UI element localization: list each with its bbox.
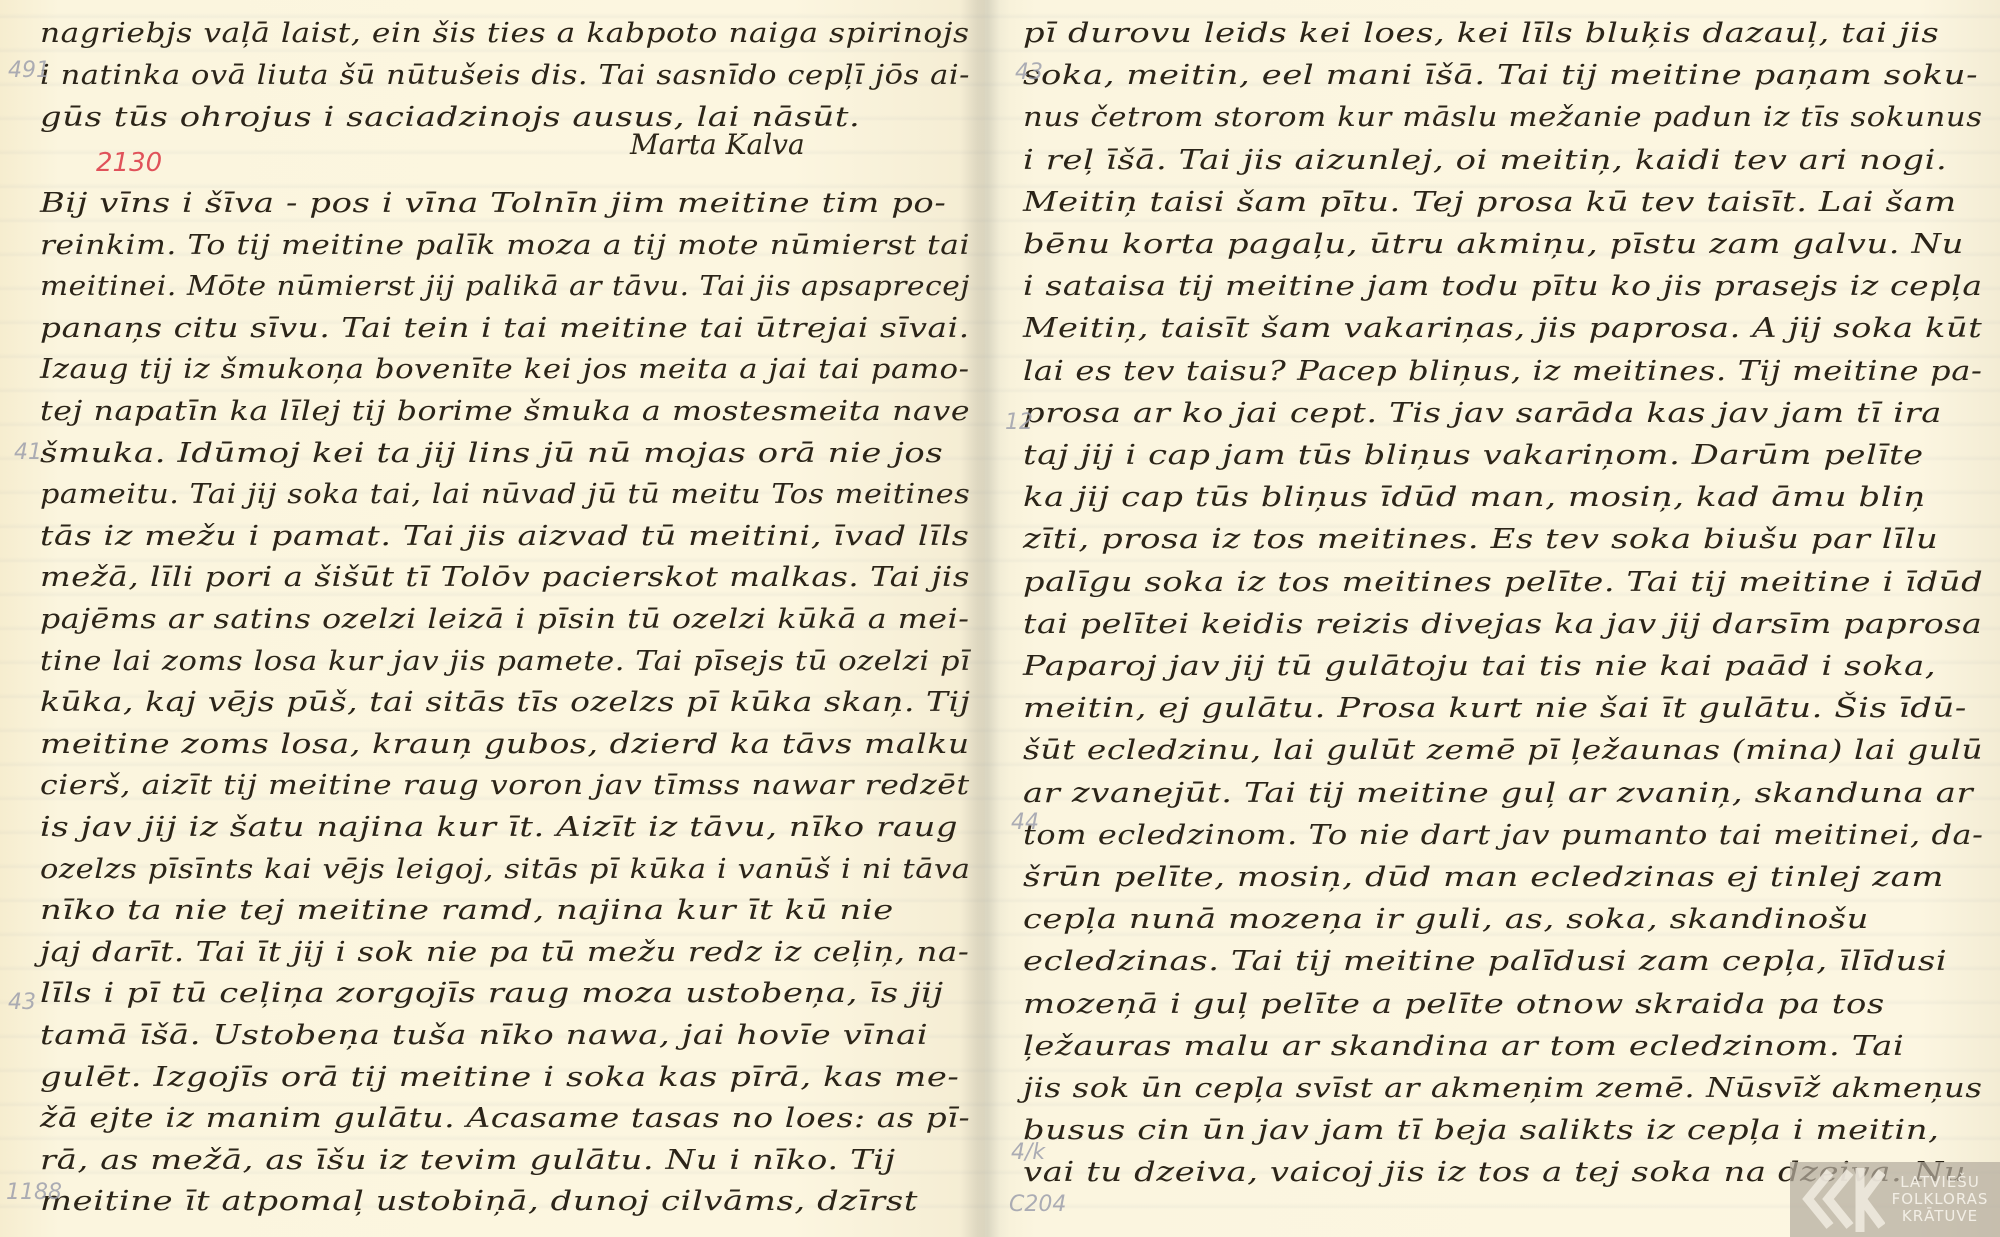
handwritten-line: ozelzs pīsīnts kai vējs leigoj, sitās pī… (40, 854, 971, 885)
handwritten-line: pī durovu leids kei loes, kei līls bluķi… (1023, 18, 1939, 49)
handwritten-line: šūt ecledzinu, lai gulūt zemē pī ļežauna… (1023, 735, 1983, 766)
lfk-logo-icon (1790, 1162, 1885, 1237)
archive-watermark: LATVIEŠU FOLKLORAS KRĀTUVE (1790, 1162, 2000, 1237)
handwritten-line: šrūn pelīte, mosiņ, dūd man ecledzinas e… (1023, 862, 1944, 893)
handwritten-line: pajēms ar satins ozelzi leizā i pīsin tū… (40, 604, 970, 635)
handwritten-line: tine lai zoms losa kur jav jis pamete. T… (40, 646, 970, 677)
handwritten-line: žā ejte iz manim gulātu. Acasame tasas n… (40, 1103, 970, 1134)
handwritten-line: i natinka ovā liuta šū nūtušeis dis. Tai… (40, 60, 970, 91)
handwritten-line: mežā, līli pori a šišūt tī Tolōv paciers… (40, 562, 970, 593)
handwritten-line: taj jij i cap jam tūs bliņus vakariņom. … (1023, 440, 1924, 471)
handwritten-line: kūka, kaj vējs pūš, tai sitās tīs ozelzs… (40, 687, 971, 718)
watermark-line: KRĀTUVE (1885, 1208, 1995, 1225)
right-page: pī durovu leids kei loes, kei līls bluķi… (985, 0, 2000, 1237)
handwritten-line: mozeņā i guļ pelīte a pelīte otnow skrai… (1023, 989, 1885, 1020)
handwritten-line: soka, meitin, eel mani īšā. Tai tij meit… (1023, 60, 1978, 91)
margin-note: 4/k (1011, 1140, 1045, 1165)
margin-note: 41 (14, 440, 42, 465)
handwritten-line: zīti, prosa iz tos meitines. Es tev soka… (1023, 524, 1938, 555)
handwritten-line: gulēt. Izgojīs orā tij meitine i soka ka… (40, 1062, 959, 1093)
watermark-text: LATVIEŠU FOLKLORAS KRĀTUVE (1885, 1174, 1995, 1225)
signature: Marta Kalva (630, 128, 805, 161)
handwritten-line: Bij vīns i šīva - pos i vīna Tolnīn jim … (40, 188, 946, 219)
handwritten-line: meitinei. Mōte nūmierst jij palikā ar tā… (40, 271, 970, 302)
watermark-line: FOLKLORAS (1885, 1191, 1995, 1208)
watermark-line: LATVIEŠU (1885, 1174, 1995, 1191)
handwritten-line: tom ecledzinom. To nie dart jav pumanto … (1023, 820, 1983, 851)
margin-note: 1188 (6, 1180, 62, 1205)
handwritten-line: ļežauras malu ar skandina ar tom ecledzi… (1023, 1031, 1904, 1062)
handwritten-line: Paparoj jav jij tū gulātoju tai tis nie … (1023, 651, 1936, 682)
handwritten-line: meitine zoms losa, krauņ gubos, dzierd k… (40, 729, 970, 760)
handwritten-line: tai pelītei keidis reizis divejas ka jav… (1023, 609, 1982, 640)
handwritten-line: Izaug tij iz šmukoņa bovenīte kei jos me… (40, 354, 970, 385)
handwritten-line: tej napatīn ka līlej tij borime šmuka a … (40, 396, 970, 427)
handwritten-line: jis sok ūn cepļa svīst ar akmeņim zemē. … (1023, 1073, 1983, 1104)
handwritten-line: ecledzinas. Tai tij meitine palīdusi zam… (1023, 946, 1947, 977)
left-page: nagriebjs vaļā laist, ein šis ties a kab… (0, 0, 985, 1237)
margin-note: 43 (8, 990, 36, 1015)
handwritten-line: cepļa nunā mozeņa ir guli, as, soka, ska… (1023, 904, 1869, 935)
margin-note: 491 (8, 58, 50, 83)
handwritten-line: šmuka. Idūmoj kei ta jij lins jū nū moja… (40, 438, 943, 469)
handwritten-line: pameitu. Tai jij soka tai, lai nūvad jū … (40, 479, 970, 510)
handwritten-line: tās iz mežu i pamat. Tai jis aizvad tū m… (40, 521, 969, 552)
handwritten-line: prosa ar ko jai cept. Tis jav sarāda kas… (1023, 398, 1942, 429)
handwritten-line: līls i pī tū ceļiņa zorgojīs raug moza u… (40, 978, 944, 1009)
handwritten-line: meitin, ej gulātu. Prosa kurt nie šai īt… (1023, 693, 1967, 724)
handwritten-line: lai es tev taisu? Pacep bliņus, iz meiti… (1023, 356, 1982, 387)
handwritten-line: cierš, aizīt tij meitine raug voron jav … (40, 770, 970, 801)
handwritten-line: palīgu soka iz tos meitines pelīte. Tai … (1023, 567, 1983, 598)
handwritten-line: reinkim. To tij meitine palīk moza a tij… (40, 230, 970, 261)
handwritten-line: busus cin ūn jav jam tī beja salikts iz … (1023, 1115, 1940, 1146)
handwritten-line: nus četrom storom kur māslu mežanie padu… (1023, 102, 1983, 133)
handwritten-line: i sataisa tij meitine jam todu pītu ko j… (1023, 271, 1983, 302)
handwritten-line: tamā īšā. Ustobeņa tuša nīko nawa, jai h… (40, 1020, 928, 1051)
handwritten-line: ar zvanejūt. Tai tij meitine guļ ar zvan… (1023, 778, 1973, 809)
handwritten-line: Meitiņ, taisīt šam vakariņas, jis papros… (1023, 313, 1982, 344)
manuscript-spread: nagriebjs vaļā laist, ein šis ties a kab… (0, 0, 2000, 1237)
handwritten-line: panaņs citu sīvu. Tai tein i tai meitine… (40, 313, 970, 344)
handwritten-line: jaj darīt. Tai īt jij i sok nie pa tū me… (40, 937, 969, 968)
red-catalog-number: 2130 (96, 148, 162, 178)
margin-note: 43 (1015, 60, 1043, 85)
handwritten-line: is jav jij iz šatu najina kur īt. Aizīt … (40, 812, 958, 843)
handwritten-line: i reļ īšā. Tai jis aizunlej, oi meitiņ, … (1023, 145, 1947, 176)
handwritten-line: nīko ta nie tej meitine ramd, najina kur… (40, 895, 894, 926)
handwritten-line: ka jij cap tūs bliņus īdūd man, mosiņ, k… (1023, 482, 1926, 513)
handwritten-line: rā, as mežā, as īšu iz tevim gulātu. Nu … (40, 1145, 896, 1176)
handwritten-line: Meitiņ taisi šam pītu. Tej prosa kū tev … (1023, 187, 1957, 218)
margin-note: 12 (1005, 410, 1033, 435)
handwritten-line: nagriebjs vaļā laist, ein šis ties a kab… (40, 18, 970, 49)
handwritten-line: bēnu korta pagaļu, ūtru akmiņu, pīstu za… (1023, 229, 1964, 260)
margin-note: 44 (1011, 810, 1039, 835)
handwritten-line: meitine īt atpomaļ ustobiņā, dunoj cilvā… (40, 1186, 918, 1217)
margin-note: C204 (1009, 1192, 1066, 1217)
